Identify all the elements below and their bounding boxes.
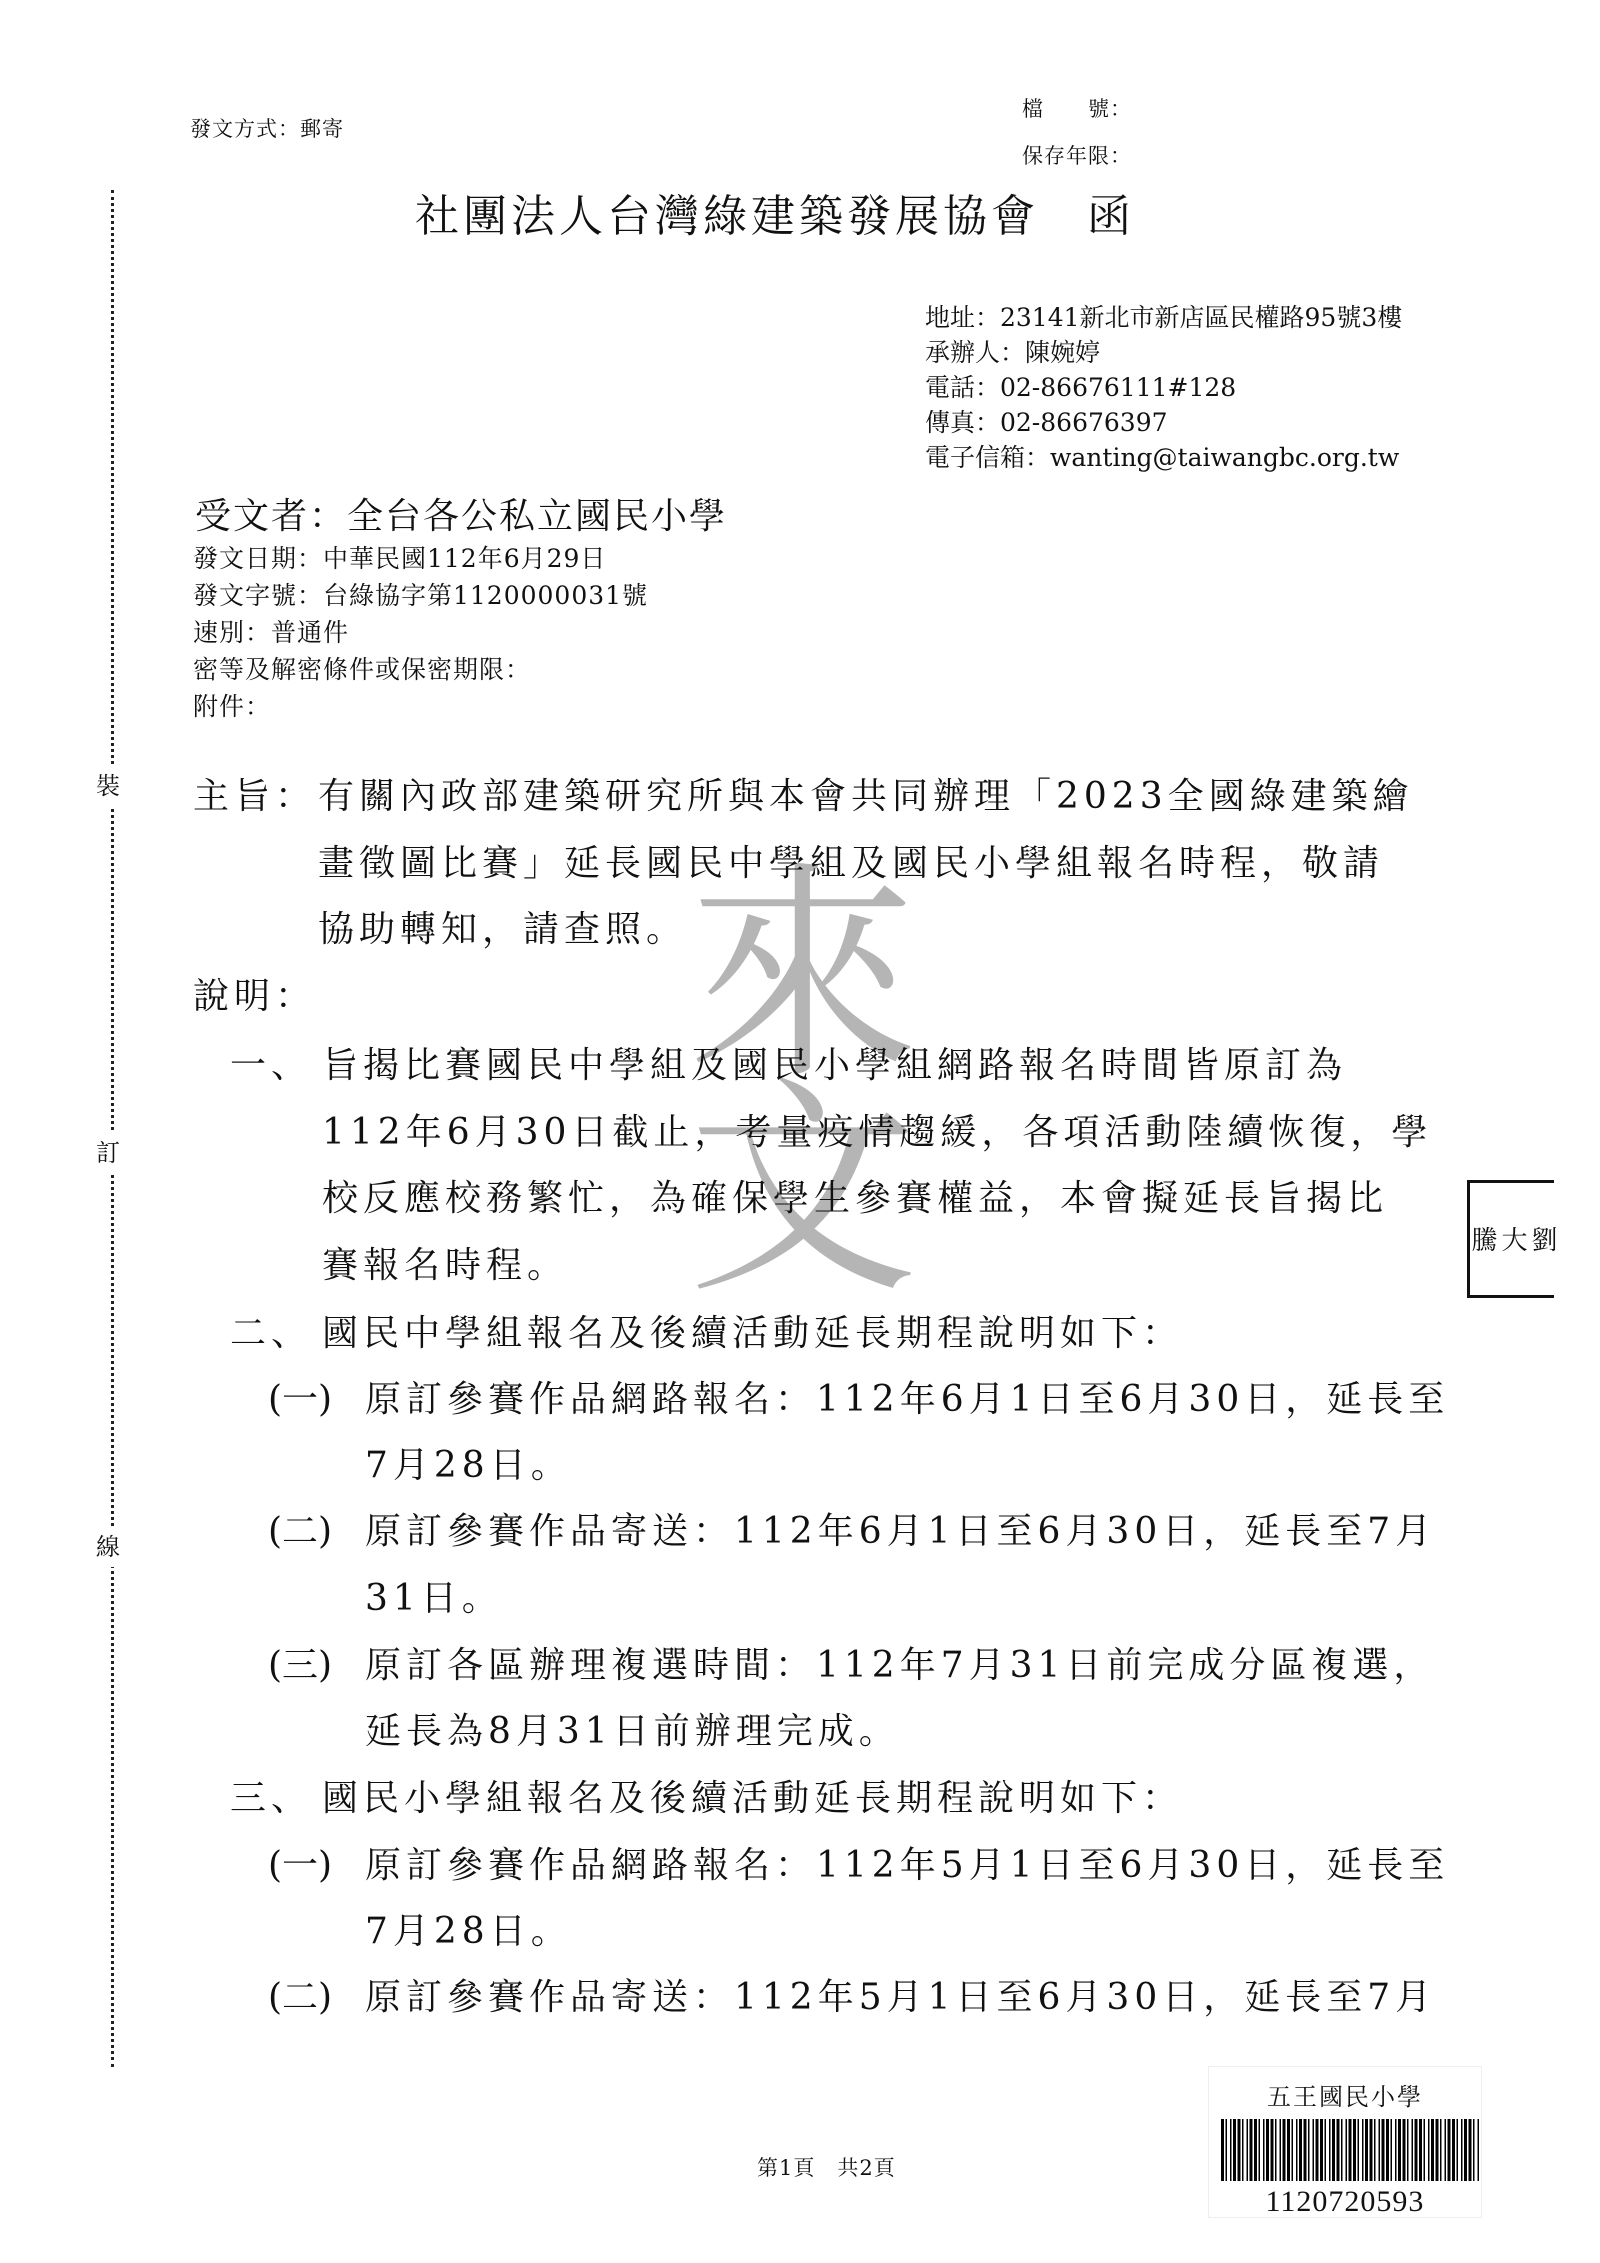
subject-label: 主旨： — [193, 768, 316, 819]
item3-marker: 三、 — [230, 1770, 312, 1821]
page-indicator: 第1頁 共2頁 — [757, 2152, 896, 2182]
item3-sub2-marker: (二) — [268, 1969, 332, 2020]
receiving-school-name: 五王國民小學 — [1209, 2077, 1481, 2112]
item2-marker: 二、 — [230, 1305, 312, 1356]
item1-line-1: 旨揭比賽國民中學組及國民小學組網路報名時間皆原訂為 — [322, 1037, 1347, 1088]
barcode-icon — [1221, 2119, 1479, 2181]
contact-address: 地址：23141新北市新店區民權路95號3樓 — [925, 300, 1402, 335]
item3-sub1-line-2: 7月28日。 — [365, 1903, 572, 1954]
item2-sub3-marker: (三) — [268, 1637, 332, 1688]
contact-block: 地址：23141新北市新店區民權路95號3樓 承辦人：陳婉婷 電話：02-866… — [925, 300, 1402, 475]
subject-line-1: 有關內政部建築研究所與本會共同辦理「2023全國綠建築繪 — [318, 768, 1414, 819]
item3-sub1-line-1: 原訂參賽作品網路報名：112年5月1日至6月30日，延長至 — [365, 1837, 1449, 1888]
seal-char-3: 劉 — [1528, 1226, 1556, 1252]
binding-char-xian: 線 — [96, 1527, 120, 1567]
item3-sub2-line-1: 原訂參賽作品寄送：112年5月1日至6月30日，延長至7月 — [365, 1969, 1436, 2020]
item1-marker: 一、 — [230, 1037, 312, 1088]
meta-block: 發文日期：中華民國112年6月29日 發文字號：台綠協字第1120000031號… — [193, 540, 648, 725]
item3-heading: 國民小學組報名及後續活動延長期程說明如下： — [322, 1770, 1183, 1821]
contact-phone: 電話：02-86676111#128 — [925, 370, 1402, 405]
item1-line-2: 112年6月30日截止，考量疫情趨緩，各項活動陸續恢復，學 — [322, 1104, 1432, 1155]
contact-fax: 傳真：02-86676397 — [925, 405, 1402, 440]
item2-sub1-marker: (一) — [268, 1371, 332, 1422]
item2-sub3-line-2: 延長為8月31日前辦理完成。 — [365, 1703, 900, 1754]
barcode-number: 1120720593 — [1209, 2185, 1481, 2219]
item2-sub3-line-1: 原訂各區辦理複選時間：112年7月31日前完成分區複選， — [365, 1637, 1434, 1688]
contact-handler: 承辦人：陳婉婷 — [925, 335, 1402, 370]
official-seal-stamp: 騰 大 劉 — [1467, 1180, 1554, 1298]
item2-sub1-line-1: 原訂參賽作品網路報名：112年6月1日至6月30日，延長至 — [365, 1371, 1449, 1422]
binding-char-ding: 訂 — [96, 1133, 120, 1173]
file-number-label: 檔 號： — [1022, 93, 1132, 123]
document-title: 社團法人台灣綠建築發展協會 函 — [415, 180, 1135, 244]
item3-sub1-marker: (一) — [268, 1837, 332, 1888]
document-number: 發文字號：台綠協字第1120000031號 — [193, 577, 648, 614]
subject-line-2: 畫徵圖比賽」延長國民中學組及國民小學組報名時程，敬請 — [318, 835, 1384, 886]
retention-period-label: 保存年限： — [1022, 140, 1132, 170]
barcode-label-sticker: 五王國民小學 1120720593 — [1208, 2066, 1482, 2218]
item2-heading: 國民中學組報名及後續活動延長期程說明如下： — [322, 1305, 1183, 1356]
item2-sub2-line-2: 31日。 — [365, 1570, 503, 1621]
seal-char-2: 大 — [1498, 1226, 1526, 1252]
item2-sub2-marker: (二) — [268, 1503, 332, 1554]
contact-email[interactable]: 電子信箱：wanting@taiwangbc.org.tw — [925, 440, 1402, 475]
seal-char-1: 騰 — [1468, 1226, 1496, 1252]
recipient: 受文者：全台各公私立國民小學 — [195, 488, 727, 539]
attachment-label: 附件： — [193, 688, 648, 725]
explanation-label: 說明： — [193, 968, 316, 1019]
dispatch-method: 發文方式：郵寄 — [190, 113, 344, 143]
speed-category: 速別：普通件 — [193, 614, 648, 651]
dispatch-date: 發文日期：中華民國112年6月29日 — [193, 540, 648, 577]
item1-line-4: 賽報名時程。 — [322, 1237, 568, 1288]
item2-sub1-line-2: 7月28日。 — [365, 1437, 572, 1488]
binding-char-zhuang: 裝 — [96, 766, 120, 806]
binding-dotted-line — [111, 190, 114, 2067]
secrecy-level: 密等及解密條件或保密期限： — [193, 651, 648, 688]
item2-sub2-line-1: 原訂參賽作品寄送：112年6月1日至6月30日，延長至7月 — [365, 1503, 1436, 1554]
subject-line-3: 協助轉知，請查照。 — [318, 901, 687, 952]
item1-line-3: 校反應校務繁忙，為確保學生參賽權益，本會擬延長旨揭比 — [322, 1170, 1388, 1221]
